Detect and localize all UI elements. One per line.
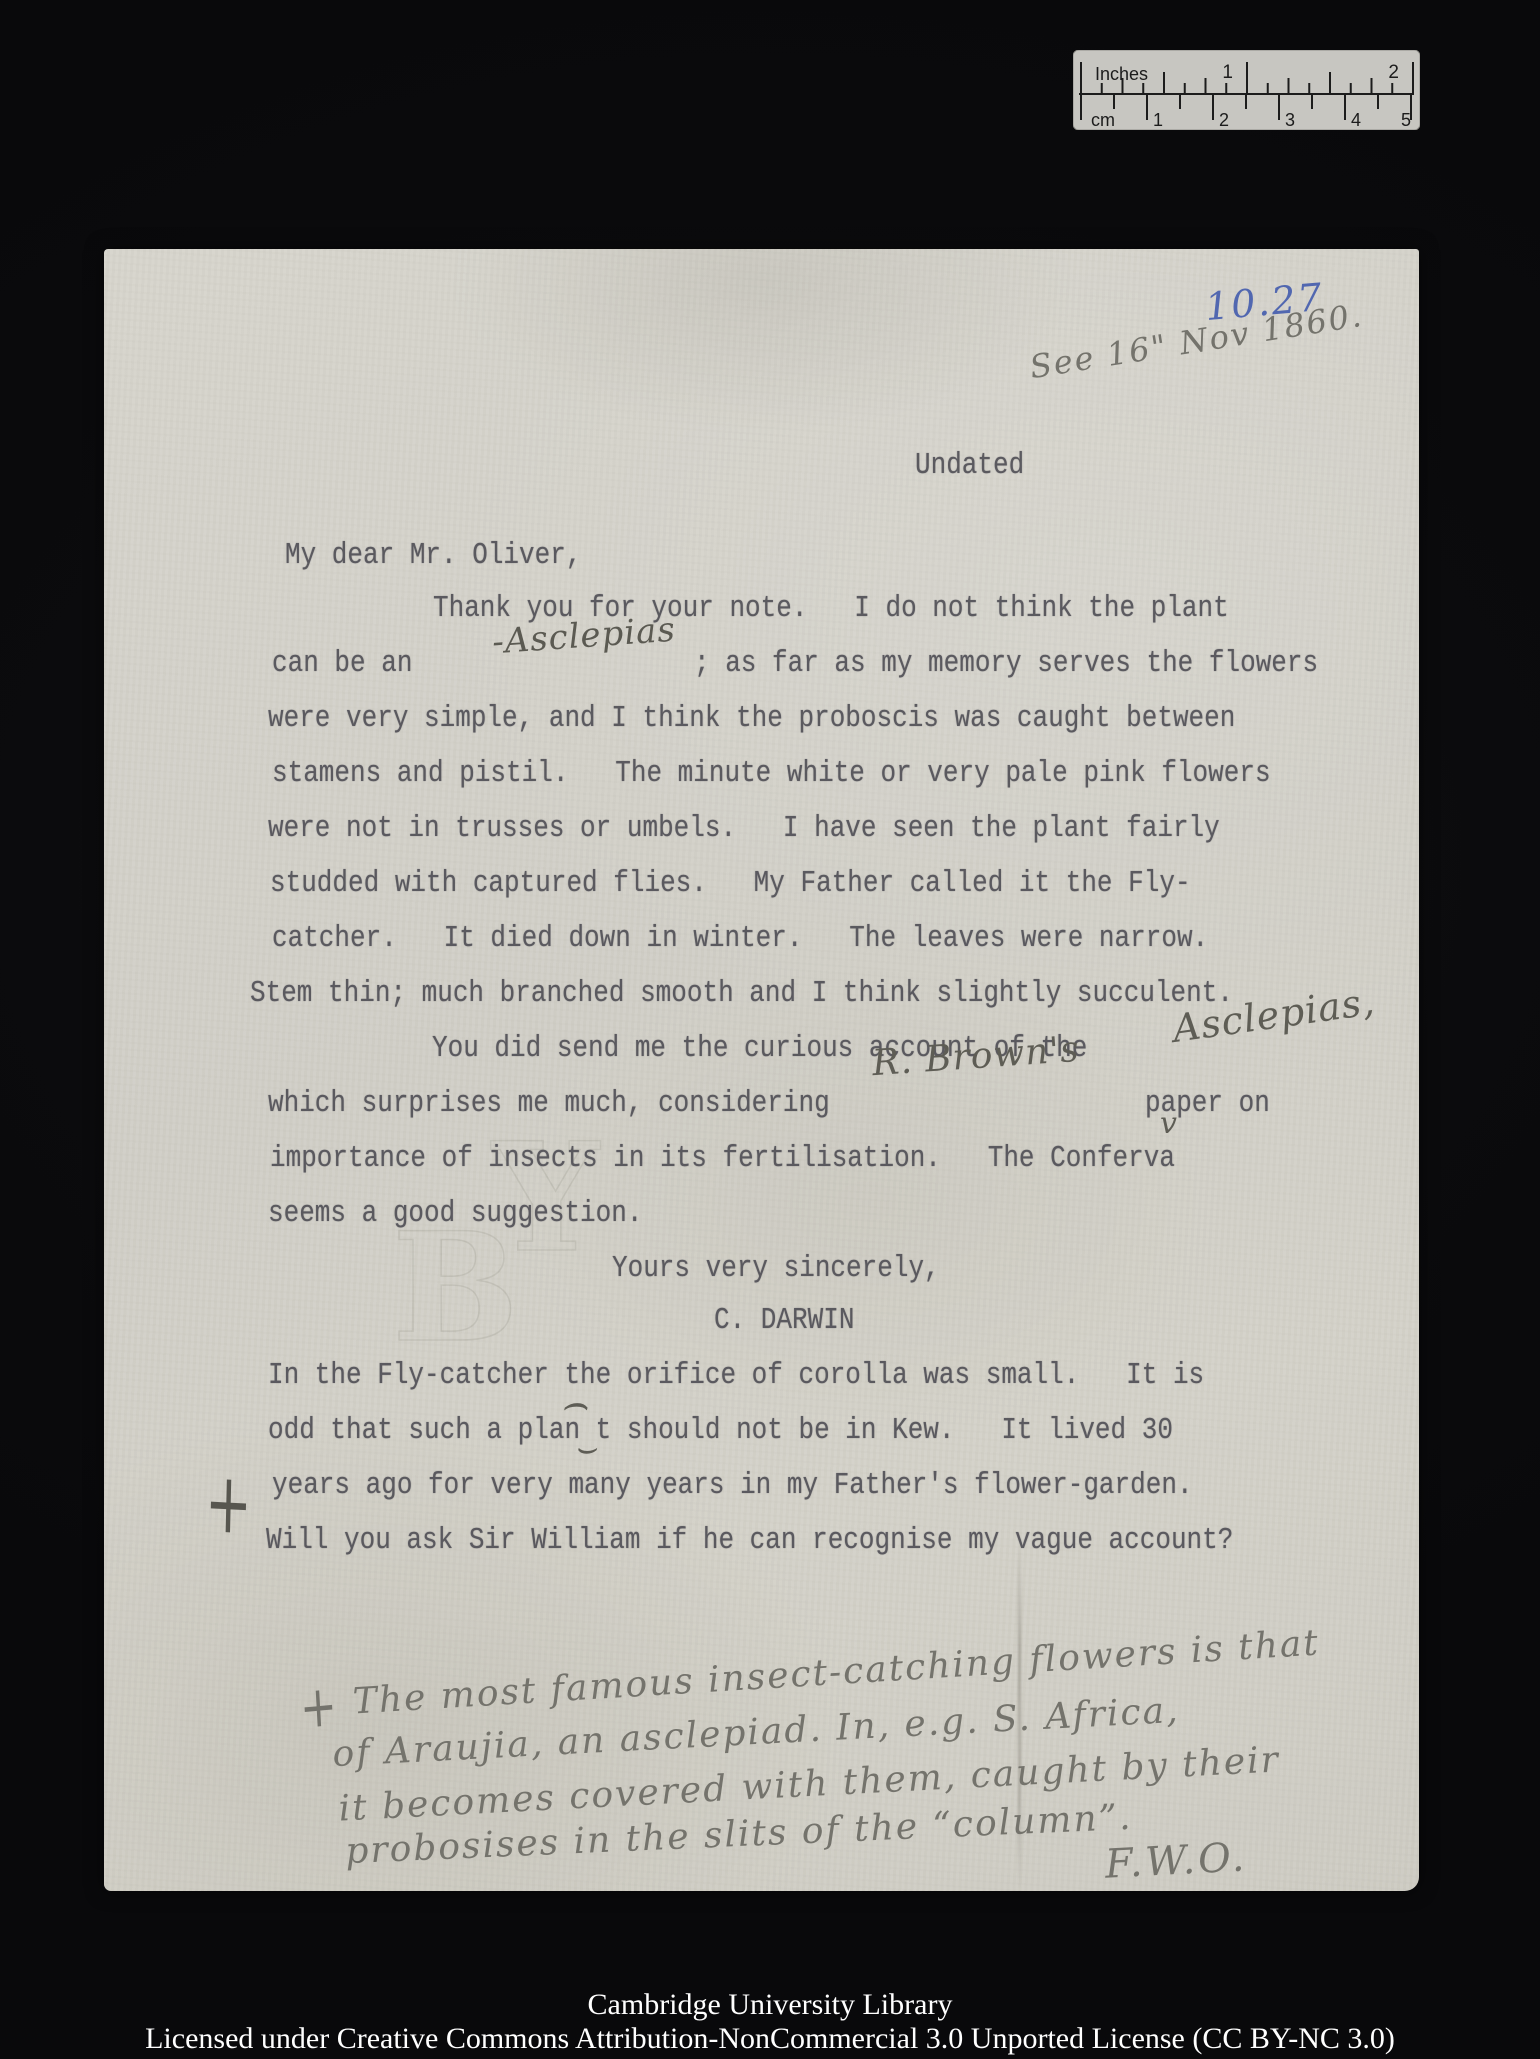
ruler-cm-2: 2 <box>1219 110 1229 130</box>
letter-line: studded with captured flies. My Father c… <box>270 865 1191 900</box>
footer-institution: Cambridge University Library <box>0 1988 1540 2022</box>
footnote-marker: + <box>298 1673 338 1742</box>
letter-line: years ago for very many years in my Fath… <box>272 1467 1193 1502</box>
ruler-inch-1: 1 <box>1222 62 1233 83</box>
letter-line: odd that such a plan t should not be in … <box>268 1412 1173 1447</box>
ruler-inches-label: Inches <box>1095 64 1148 84</box>
ruler-cm-1: 1 <box>1153 110 1163 130</box>
letter-line: were not in trusses or umbels. I have se… <box>268 810 1220 845</box>
letter-line: importance of insects in its fertilisati… <box>270 1140 1175 1175</box>
letter-signature: C. DARWIN <box>714 1302 854 1337</box>
letter-line: Will you ask Sir William if he can recog… <box>266 1522 1233 1557</box>
insertion-arc-top: ⌢ <box>560 1378 588 1428</box>
ruler-cm-4: 4 <box>1351 110 1361 130</box>
letter-salutation: My dear Mr. Oliver, <box>285 537 581 572</box>
letter-line: In the Fly-catcher the orifice of coroll… <box>268 1357 1204 1392</box>
photo-stage: Inches 1 2 cm 1 2 3 4 5 B Y 10.27 See 16… <box>0 0 1540 2059</box>
letter-line: which surprises me much, considering <box>268 1085 830 1120</box>
letter-line: were very simple, and I think the probos… <box>268 700 1235 735</box>
letter-line: stamens and pistil. The minute white or … <box>272 755 1271 790</box>
insertion-arc-bottom: ⌣ <box>574 1428 596 1468</box>
ruler-cm-5: 5 <box>1401 110 1411 130</box>
letter-line: seems a good suggestion. <box>268 1195 642 1230</box>
letter-line: Stem thin; much branched smooth and I th… <box>250 975 1233 1010</box>
letter-closing: Yours very sincerely, <box>612 1250 940 1285</box>
letter-line: ; as far as my memory serves the flowers <box>694 645 1318 680</box>
ruler-inch-2: 2 <box>1388 62 1399 83</box>
ruler-cm-3: 3 <box>1285 110 1295 130</box>
letter-line: catcher. It died down in winter. The lea… <box>272 920 1208 955</box>
margin-cross-mark: + <box>204 1455 253 1555</box>
footer-license: Licensed under Creative Commons Attribut… <box>0 2022 1540 2056</box>
letter-line: can be an <box>272 645 412 680</box>
conferva-correction: v <box>1160 1106 1177 1141</box>
letter-dateline: Undated <box>915 447 1024 482</box>
footnote-initials: F.W.O. <box>1104 1834 1248 1887</box>
ruler-cm-label: cm <box>1091 110 1115 130</box>
measurement-ruler: Inches 1 2 cm 1 2 3 4 5 <box>1073 50 1420 130</box>
